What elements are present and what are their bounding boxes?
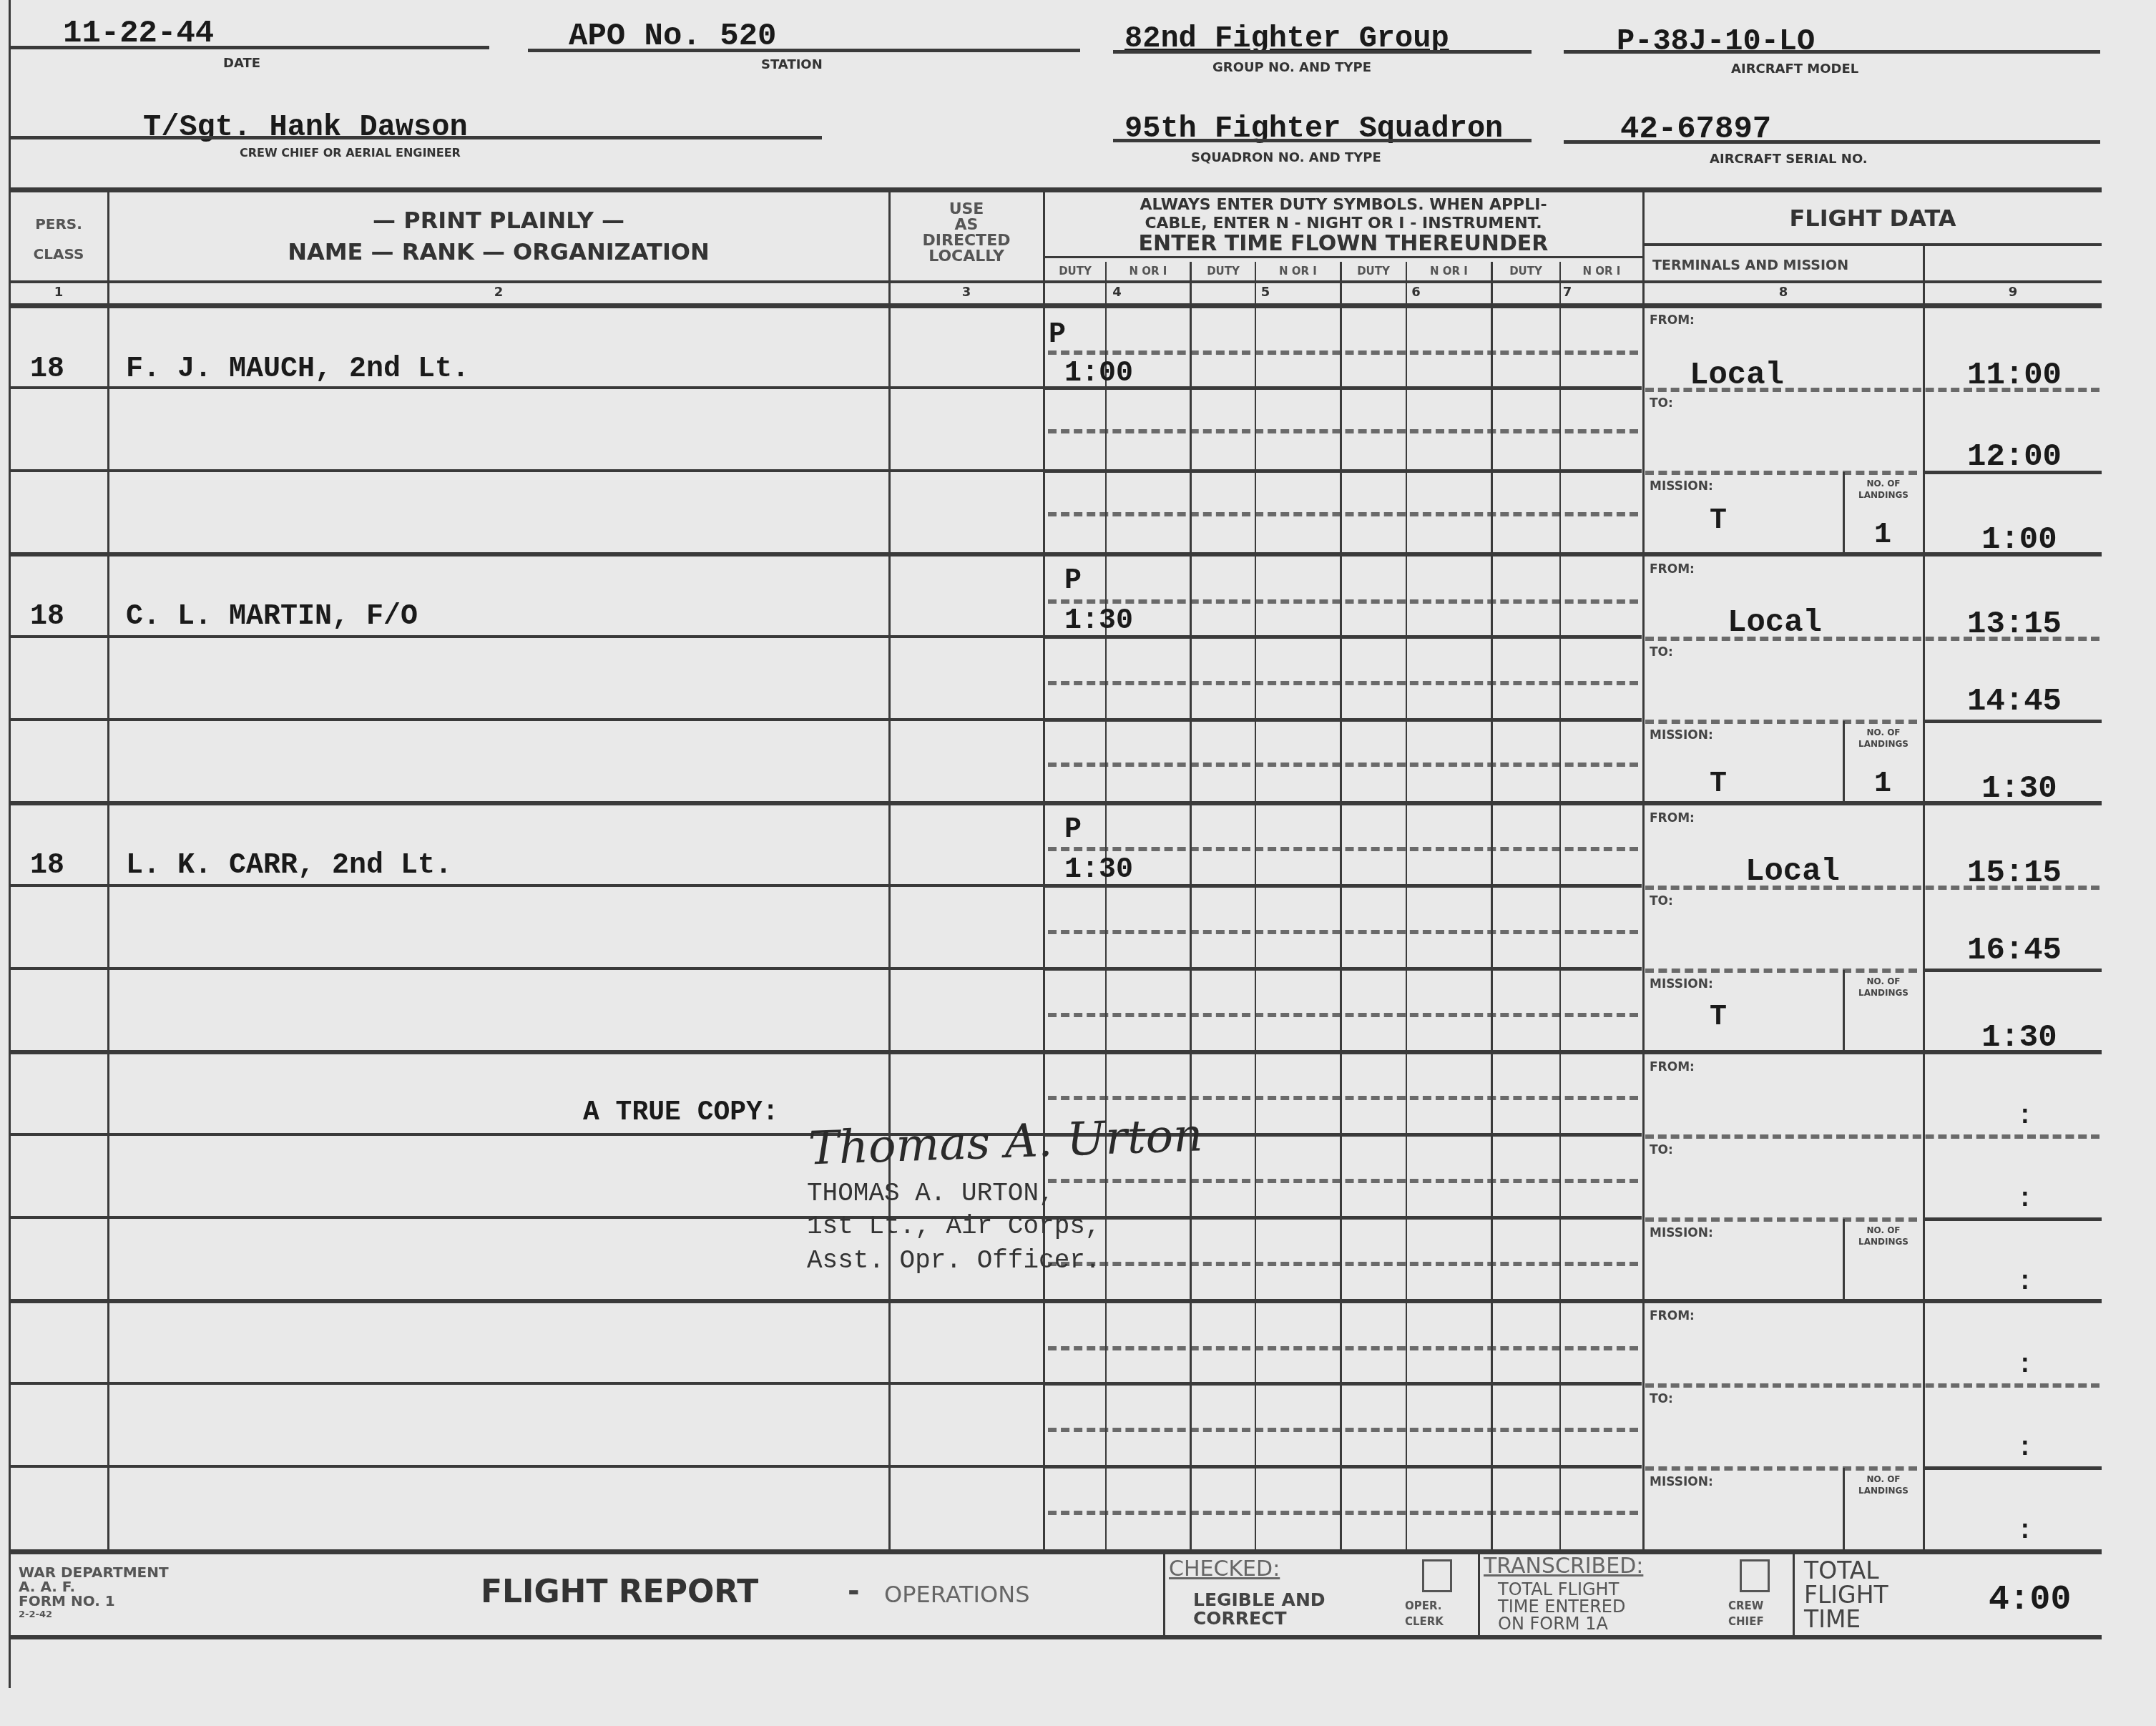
duty-dash-line: [1048, 681, 1638, 685]
signature: Thomas A. Urton: [808, 1109, 1204, 1175]
col-num-2: 2: [109, 285, 888, 300]
group-underline: [1113, 50, 1532, 54]
time-label: TIME: [1804, 1607, 1861, 1632]
dept-line: WAR DEPARTMENT: [19, 1565, 169, 1579]
landings-label: NO. OF LANDINGS: [1846, 976, 1921, 999]
duty-symbol: P: [1064, 565, 1082, 597]
takeoff-time: 13:15: [1967, 607, 2062, 642]
from-label: FROM:: [1650, 1060, 1695, 1074]
landings-divider: [1843, 1219, 1845, 1299]
flight-dash-line: [1645, 471, 1917, 475]
flight-dash-line: [1645, 720, 1917, 724]
pers-class-line1: PERS.: [10, 209, 107, 239]
n-or-i-sub-header: N OR I: [1256, 265, 1340, 278]
n-or-i-sub-header: N OR I: [1107, 265, 1190, 278]
flight-label: FLIGHT: [1804, 1582, 1888, 1608]
from-label: FROM:: [1650, 1309, 1695, 1323]
local-use-line4: LOCALLY: [890, 249, 1043, 265]
flight-dash-line: [1645, 969, 1917, 973]
chief-label: CHIEF: [1728, 1615, 1764, 1628]
col-divider: [1340, 262, 1342, 1551]
station-label: STATION: [761, 57, 823, 72]
duty-time: 1:00: [1064, 358, 1133, 390]
header-bottom-border: [10, 303, 2102, 308]
crew-chief-label: CREW CHIEF OR AERIAL ENGINEER: [240, 146, 461, 160]
duty-row-line: [1044, 1465, 1642, 1468]
duty-dash-line: [1048, 1096, 1638, 1100]
mission-label: MISSION:: [1650, 977, 1713, 991]
landing-time: 12:00: [1967, 439, 2062, 475]
landings-divider: [1843, 1468, 1845, 1549]
sub-col-divider: [1255, 262, 1256, 1551]
block-divider: [10, 1299, 2102, 1303]
flight-dash-line: [1645, 1134, 2099, 1139]
duty-instructions-line3: ENTER TIME FLOWN THEREUNDER: [1044, 233, 1642, 255]
landings-divider: [1843, 721, 1845, 801]
group-label: GROUP NO. AND TYPE: [1212, 60, 1371, 75]
time-colon: :: [2017, 1516, 2033, 1546]
total-flight-time: 4:00: [1989, 1581, 2071, 1619]
flight-row-line: [1924, 1466, 2102, 1470]
duty-sub-header: DUTY: [1044, 265, 1106, 278]
form-title: FLIGHT REPORT: [481, 1574, 758, 1610]
name-header-line1: — PRINT PLAINLY —: [109, 205, 888, 236]
name-header: — PRINT PLAINLY — NAME — RANK — ORGANIZA…: [109, 205, 888, 268]
transcribed-label: TRANSCRIBED:: [1484, 1554, 1643, 1579]
duty-instructions-header: ALWAYS ENTER DUTY SYMBOLS. WHEN APPLI- C…: [1044, 196, 1642, 255]
total-flight-line: TOTAL FLIGHT: [1498, 1581, 1619, 1598]
duty-dash-line: [1048, 1179, 1638, 1183]
aircraft-model-underline: [1564, 50, 2100, 54]
to-label: TO:: [1650, 645, 1673, 659]
col-num-7: 7: [1492, 285, 1642, 300]
block-divider: [10, 552, 2102, 556]
mission-label: MISSION:: [1650, 1226, 1713, 1240]
to-label: TO:: [1650, 894, 1673, 908]
officer-title: Asst. Opr. Officer.: [807, 1246, 1100, 1275]
dept-line: 2-2-42: [19, 1608, 169, 1622]
duty-row-line: [1044, 469, 1642, 473]
duty-dash-line: [1048, 847, 1638, 851]
duty-row-line: [1044, 718, 1642, 722]
duty-dash-line: [1048, 1262, 1638, 1266]
local-use-line1: USE: [890, 202, 1043, 217]
mission-label: MISSION:: [1650, 1475, 1713, 1489]
flight-data-header: FLIGHT DATA: [1644, 205, 2102, 232]
terminals-mission-header: TERMINALS AND MISSION: [1652, 258, 1848, 273]
duty-dash-line: [1048, 1346, 1638, 1350]
flight-time: 1:30: [1981, 1020, 2057, 1056]
landings-count: 1: [1874, 768, 1891, 800]
mission-code: T: [1710, 505, 1727, 537]
landings-label: NO. OF LANDINGS: [1846, 1474, 1921, 1496]
clerk-label: CLERK: [1405, 1615, 1444, 1628]
legible-label: LEGIBLE AND: [1193, 1591, 1326, 1609]
mission-label: MISSION:: [1650, 728, 1713, 742]
date-underline: [10, 46, 489, 49]
pers-class-value: 18: [30, 353, 64, 386]
landings-label: NO. OF LANDINGS: [1846, 478, 1921, 501]
form-title-dash: -: [848, 1575, 860, 1608]
to-label: TO:: [1650, 396, 1673, 411]
col-num-9: 9: [1924, 285, 2102, 300]
block-divider: [10, 1050, 2102, 1054]
time-entered-line: TIME ENTERED: [1498, 1598, 1626, 1615]
duty-dash-line: [1048, 763, 1638, 767]
col-num-1: 1: [10, 285, 107, 300]
duty-time: 1:30: [1064, 854, 1133, 886]
takeoff-time: 11:00: [1967, 358, 2062, 393]
local-use-line3: DIRECTED: [890, 233, 1043, 249]
flight-time: 1:00: [1981, 522, 2057, 558]
name-header-line2: NAME — RANK — ORGANIZATION: [109, 236, 888, 268]
duty-row-line: [1044, 967, 1642, 971]
on-form-line: ON FORM 1A: [1498, 1615, 1608, 1632]
flight-data-divider: [1642, 243, 2102, 246]
to-label: TO:: [1650, 1392, 1673, 1406]
col-divider: [1043, 187, 1045, 1551]
officer-rank: 1st Lt., Air Corps,: [807, 1212, 1100, 1241]
landing-time: 16:45: [1967, 933, 2062, 969]
aircraft-serial-label: AIRCRAFT SERIAL NO.: [1710, 152, 1868, 167]
duty-row-line: [1044, 884, 1642, 888]
duty-row-line: [1044, 1216, 1642, 1220]
duty-dash-line: [1048, 599, 1638, 604]
dept-line: FORM NO. 1: [19, 1594, 169, 1608]
time-colon: :: [2017, 1185, 2033, 1214]
date-label: DATE: [223, 56, 260, 71]
duty-row-line: [1044, 1382, 1642, 1386]
flight-dash-line: [1645, 1383, 2099, 1388]
local-use-header: USE AS DIRECTED LOCALLY: [890, 202, 1043, 265]
duty-time: 1:30: [1064, 605, 1133, 637]
block-divider: [10, 801, 2102, 805]
landings-divider: [1843, 472, 1845, 552]
time-colon: :: [2017, 1350, 2033, 1380]
duty-row-line: [1044, 386, 1642, 390]
duty-symbol: P: [1064, 814, 1082, 846]
col-divider: [1642, 187, 1645, 1551]
squadron-label: SQUADRON NO. AND TYPE: [1191, 150, 1381, 165]
duty-row-line: [1044, 635, 1642, 639]
landings-count: 1: [1874, 519, 1891, 551]
flight-dash-line: [1645, 1217, 1917, 1222]
duty-dash-line: [1048, 429, 1638, 433]
duty-dash-line: [1048, 930, 1638, 934]
squadron-underline: [1113, 139, 1532, 142]
pers-class-line2: CLASS: [10, 239, 107, 269]
duty-sub-header: DUTY: [1191, 265, 1255, 278]
duty-instructions-line1: ALWAYS ENTER DUTY SYMBOLS. WHEN APPLI-: [1044, 196, 1642, 215]
n-or-i-sub-header: N OR I: [1407, 265, 1491, 278]
landing-time: 14:45: [1967, 684, 2062, 720]
duty-dash-line: [1048, 350, 1638, 355]
footer-bottom-border: [10, 1635, 2102, 1639]
crew-label: CREW: [1728, 1599, 1763, 1612]
sub-col-divider: [1105, 262, 1107, 1551]
col-divider: [1491, 262, 1493, 1551]
landings-label: NO. OF LANDINGS: [1846, 727, 1921, 750]
col-divider: [107, 187, 109, 1551]
footer-divider: [1793, 1552, 1795, 1637]
oper-clerk-checkbox[interactable]: [1422, 1559, 1452, 1592]
col-divider: [1923, 243, 1925, 1551]
landings-divider: [1843, 970, 1845, 1050]
crew-name-value: C. L. MARTIN, F/O: [126, 601, 418, 633]
from-label: FROM:: [1650, 562, 1695, 577]
from-terminal: Local: [1690, 358, 1784, 393]
time-colon: :: [2017, 1433, 2033, 1463]
takeoff-time: 15:15: [1967, 855, 2062, 891]
duty-header-divider: [1044, 256, 1642, 258]
col-num-6: 6: [1341, 285, 1491, 300]
sub-col-divider: [1559, 262, 1561, 1551]
mission-code: T: [1710, 1001, 1727, 1034]
mission-label: MISSION:: [1650, 479, 1713, 494]
col-num-5: 5: [1191, 285, 1340, 300]
flight-row-line: [1924, 969, 2102, 972]
from-terminal: Local: [1728, 605, 1822, 641]
time-colon: :: [2017, 1267, 2033, 1297]
oper-label: OPER.: [1405, 1599, 1442, 1612]
table-top-border: [10, 187, 2102, 192]
correct-label: CORRECT: [1193, 1609, 1287, 1627]
footer-divider: [1478, 1552, 1480, 1637]
crew-name-value: L. K. CARR, 2nd Lt.: [126, 850, 452, 882]
duty-dash-line: [1048, 1428, 1638, 1432]
dept-line: A. A. F.: [19, 1579, 169, 1594]
col-num-4: 4: [1044, 285, 1190, 300]
from-label: FROM:: [1650, 313, 1695, 328]
pers-class-value: 18: [30, 601, 64, 633]
flight-dash-line: [1645, 1466, 1917, 1471]
duty-dash-line: [1048, 1511, 1638, 1515]
n-or-i-sub-header: N OR I: [1561, 265, 1642, 278]
landings-label: NO. OF LANDINGS: [1846, 1225, 1921, 1247]
aircraft-serial-underline: [1564, 140, 2100, 144]
col-num-8: 8: [1644, 285, 1923, 300]
pers-class-header: PERS. CLASS: [10, 209, 107, 269]
duty-dash-line: [1048, 512, 1638, 516]
duty-sub-header: DUTY: [1341, 265, 1406, 278]
checked-label: CHECKED:: [1169, 1556, 1280, 1582]
footer-divider: [1163, 1552, 1165, 1637]
duty-dash-line: [1048, 1013, 1638, 1017]
time-colon: :: [2017, 1102, 2033, 1131]
aircraft-model-label: AIRCRAFT MODEL: [1731, 62, 1858, 77]
pers-class-value: 18: [30, 850, 64, 882]
col-divider: [888, 187, 891, 1551]
header-divider: [10, 280, 2102, 283]
station-underline: [528, 49, 1080, 52]
flight-row-line: [1924, 1217, 2102, 1221]
mission-code: T: [1710, 768, 1727, 800]
flight-row-line: [1924, 720, 2102, 723]
local-use-line2: AS: [890, 217, 1043, 233]
crew-chief-checkbox[interactable]: [1740, 1559, 1770, 1592]
table-bottom-border: [10, 1549, 2102, 1554]
to-label: TO:: [1650, 1143, 1673, 1157]
from-label: FROM:: [1650, 811, 1695, 825]
from-terminal: Local: [1745, 854, 1840, 890]
true-copy-label: A TRUE COPY:: [583, 1097, 779, 1128]
col-divider: [1190, 262, 1192, 1551]
duty-symbol: P: [1049, 319, 1066, 351]
duty-sub-header: DUTY: [1492, 265, 1559, 278]
crew-name-value: F. J. MAUCH, 2nd Lt.: [126, 353, 469, 386]
form-subtitle: OPERATIONS: [884, 1581, 1029, 1608]
sub-col-divider: [1406, 262, 1407, 1551]
total-label: TOTAL: [1804, 1558, 1879, 1584]
form-department: WAR DEPARTMENT A. A. F. FORM NO. 1 2-2-4…: [19, 1565, 169, 1622]
crew-chief-underline: [10, 136, 822, 139]
col-num-3: 3: [890, 285, 1043, 300]
flight-time: 1:30: [1981, 771, 2057, 807]
officer-name: THOMAS A. URTON,: [807, 1179, 1054, 1208]
